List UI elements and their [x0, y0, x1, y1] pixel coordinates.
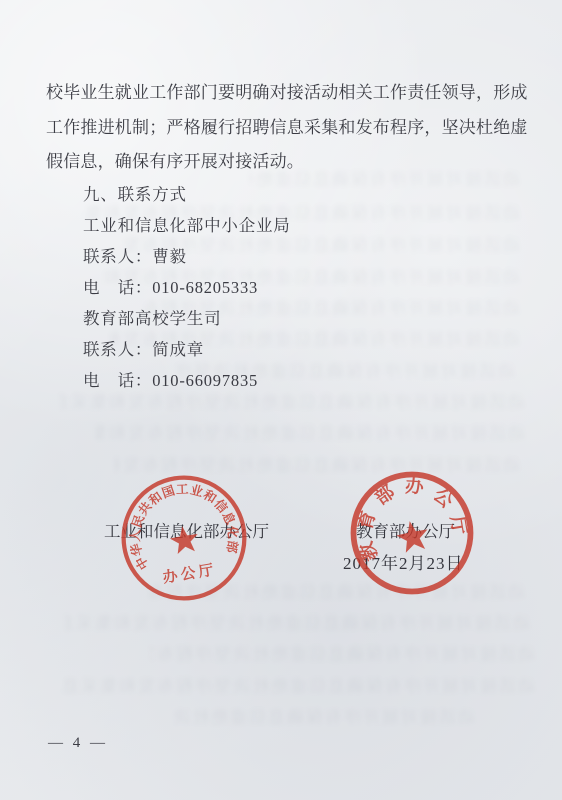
- page-number: — 4 —: [48, 735, 108, 752]
- contact-line-person: 联系人：简成章: [46, 334, 532, 365]
- paragraph-line: 工作推进机制；严格履行招聘信息采集和发布程序，坚决杜绝虚: [46, 111, 532, 146]
- seal-bottom-text: 办公厅: [162, 561, 218, 586]
- star-icon: [394, 518, 431, 554]
- bleedthrough-row: 动活接对展开序有保确息信虚绝杜决坚序程布发和集采息信聘招行履格严制机进推作工成形…: [65, 614, 530, 634]
- paragraph-line: 校毕业生就业工作部门要明确对接活动相关工作责任领导，形成: [46, 76, 532, 111]
- svg-text:教育部办公厅: 教育部办公厅: [343, 465, 472, 566]
- body-paragraph: 校毕业生就业工作部门要明确对接活动相关工作责任领导，形成 工作推进机制；严格履行…: [46, 76, 532, 180]
- contact-section: 九、联系方式 工业和信息化部中小企业局 联系人：曹毅 电 话：010-68205…: [46, 179, 532, 396]
- svg-text:中华人民共和国工业和信息化部: 中华人民共和国工业和信息化部: [119, 474, 244, 574]
- bleedthrough-row: 动活接对展开序有保确息信虚绝杜决坚序程布发和集采息信聘招行履格严制机进推作工成形…: [60, 677, 535, 697]
- contact-line-phone: 电 话：010-66097835: [46, 365, 532, 396]
- bleedthrough-row: 动活接对展开序有保确息信虚绝杜决坚序程布发和集采息信聘招行履格严制机进推作工成形…: [95, 424, 525, 444]
- seal-ring-text: 教育部办公厅: [343, 465, 472, 566]
- seal-miit-office: 中华人民共和国工业和信息化部 办公厅: [110, 464, 259, 613]
- contact-line-person: 联系人：曹毅: [46, 241, 532, 272]
- contact-line-phone: 电 话：010-68205333: [46, 272, 532, 303]
- bleedthrough-row: 动活接对展开序有保确息信虚绝杜决坚序程布发和集采息信聘招行履格严制机进推作工成形…: [60, 393, 525, 413]
- seal-ring-text: 中华人民共和国工业和信息化部: [119, 474, 244, 574]
- contact-line-org: 工业和信息化部中小企业局: [46, 210, 532, 241]
- star-icon: [168, 524, 200, 555]
- section-heading: 九、联系方式: [46, 179, 532, 210]
- seal-moe-office: 教育部办公厅: [336, 457, 488, 609]
- bleedthrough-row: 动活接对展开序有保确息信虚绝杜决坚序程布发和集采息信聘招行履格严制机进推作工成形…: [150, 645, 535, 665]
- bleedthrough-row: 动活接对展开序有保确息信虚绝杜决坚序程布发和集采息信聘招行履格严制机进推作工成形…: [175, 708, 475, 728]
- contact-line-org: 教育部高校学生司: [46, 303, 532, 334]
- paragraph-line: 假信息，确保有序开展对接活动。: [46, 145, 532, 180]
